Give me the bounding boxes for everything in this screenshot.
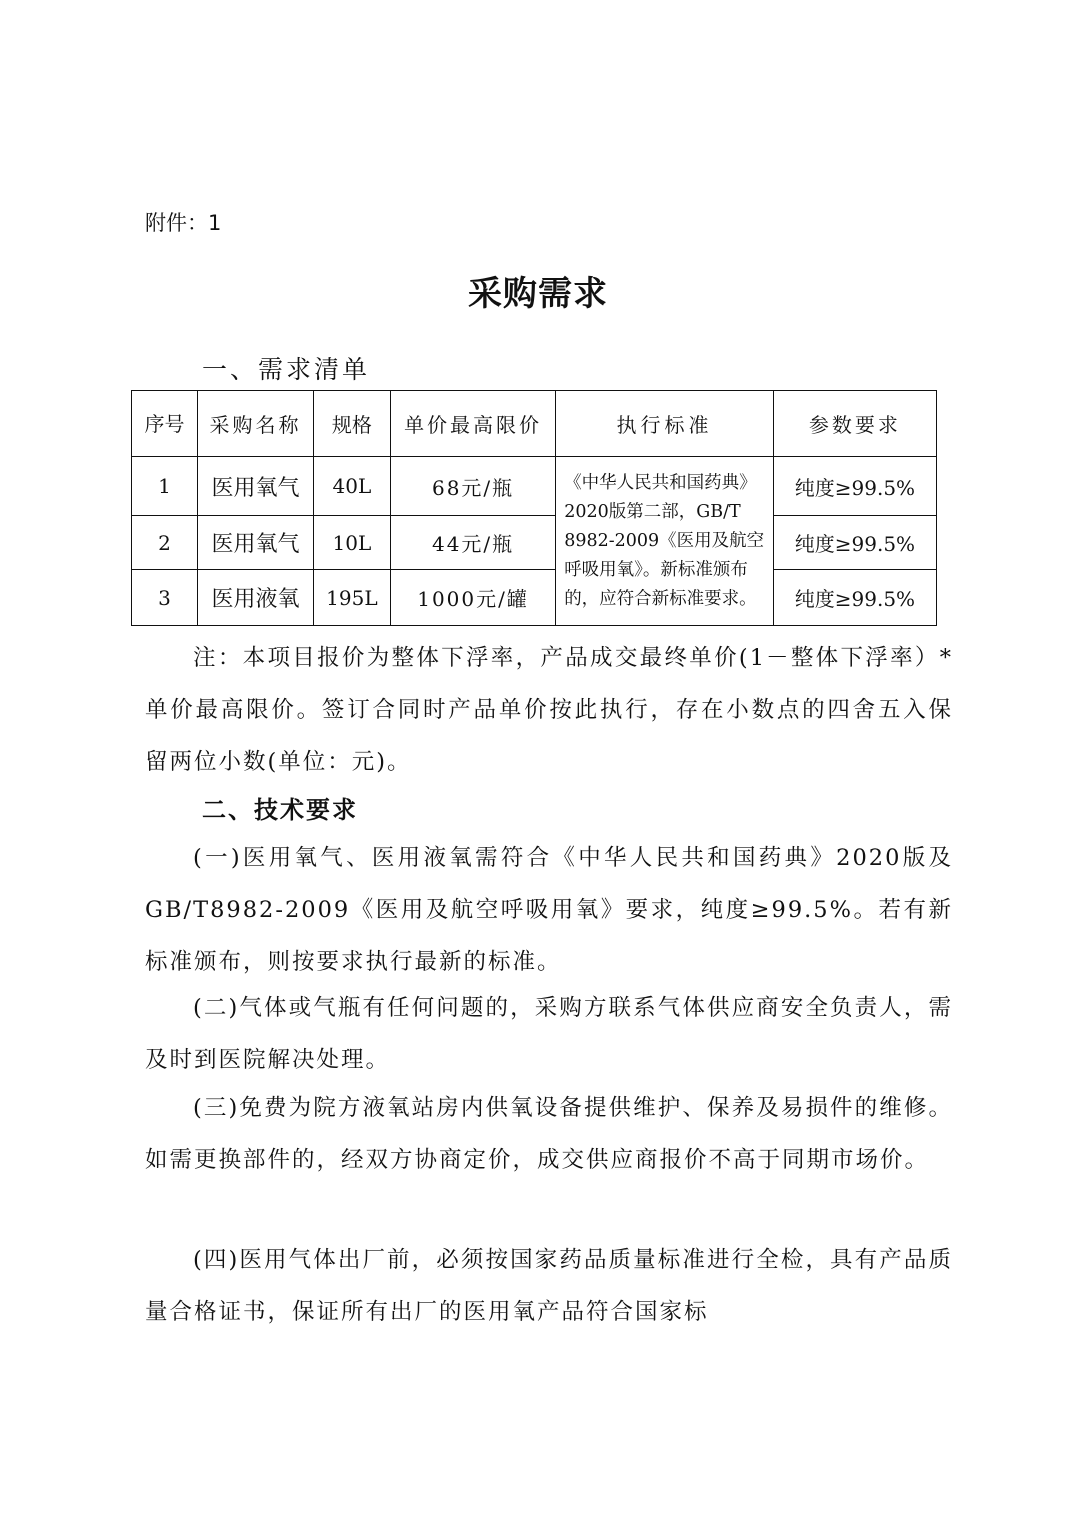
table-header-row: 序号 采购名称 规格 单价最高限价 执行标准 参数要求 xyxy=(132,391,937,457)
header-standard: 执行标准 xyxy=(556,391,774,457)
cell-param: 纯度≥99.5% xyxy=(773,457,936,516)
cell-spec: 10L xyxy=(313,516,390,570)
section-heading-technical-requirements: 二、技术要求 xyxy=(202,790,358,825)
cell-param: 纯度≥99.5% xyxy=(773,516,936,570)
cell-standard: 《中华人民共和国药典》2020版第二部，GB/T 8982-2009《医用及航空… xyxy=(556,457,774,626)
section-heading-requirements-list: 一、需求清单 xyxy=(202,350,370,386)
header-name: 采购名称 xyxy=(198,391,314,457)
requirements-table: 序号 采购名称 规格 单价最高限价 执行标准 参数要求 1 医用氧气 40L 6… xyxy=(131,390,937,626)
cell-spec: 40L xyxy=(313,457,390,516)
cell-name: 医用氧气 xyxy=(198,457,314,516)
header-spec: 规格 xyxy=(313,391,390,457)
attachment-label: 附件：1 xyxy=(145,207,221,237)
cell-param: 纯度≥99.5% xyxy=(773,570,936,626)
tech-requirement-4: (四)医用气体出厂前，必须按国家药品质量标准进行全检，具有产品质量合格证书，保证… xyxy=(145,1234,953,1338)
cell-name: 医用氧气 xyxy=(198,516,314,570)
page-title: 采购需求 xyxy=(0,266,1076,315)
cell-seq: 2 xyxy=(132,516,198,570)
header-param: 参数要求 xyxy=(773,391,936,457)
cell-seq: 3 xyxy=(132,570,198,626)
tech-requirement-3: (三)免费为院方液氧站房内供氧设备提供维护、保养及易损件的维修。如需更换部件的，… xyxy=(145,1082,953,1186)
table-row: 2 医用氧气 10L 44元/瓶 纯度≥99.5% xyxy=(132,516,937,570)
header-seq: 序号 xyxy=(132,391,198,457)
table-row: 1 医用氧气 40L 68元/瓶 《中华人民共和国药典》2020版第二部，GB/… xyxy=(132,457,937,516)
cell-spec: 195L xyxy=(313,570,390,626)
table-row: 3 医用液氧 195L 1000元/罐 纯度≥99.5% xyxy=(132,570,937,626)
cell-price: 68元/瓶 xyxy=(390,457,555,516)
pricing-note: 注：本项目报价为整体下浮率，产品成交最终单价(1－整体下浮率）*单价最高限价。签… xyxy=(145,632,953,788)
tech-requirement-1: (一)医用氧气、医用液氧需符合《中华人民共和国药典》2020版及GB/T8982… xyxy=(145,832,953,988)
cell-seq: 1 xyxy=(132,457,198,516)
cell-price: 1000元/罐 xyxy=(390,570,555,626)
document-page: 附件：1 采购需求 一、需求清单 序号 采购名称 规格 单价最高限价 执行标准 … xyxy=(0,0,1076,1520)
header-price: 单价最高限价 xyxy=(390,391,555,457)
cell-name: 医用液氧 xyxy=(198,570,314,626)
tech-requirement-2: (二)气体或气瓶有任何问题的，采购方联系气体供应商安全负责人，需及时到医院解决处… xyxy=(145,982,953,1086)
cell-price: 44元/瓶 xyxy=(390,516,555,570)
